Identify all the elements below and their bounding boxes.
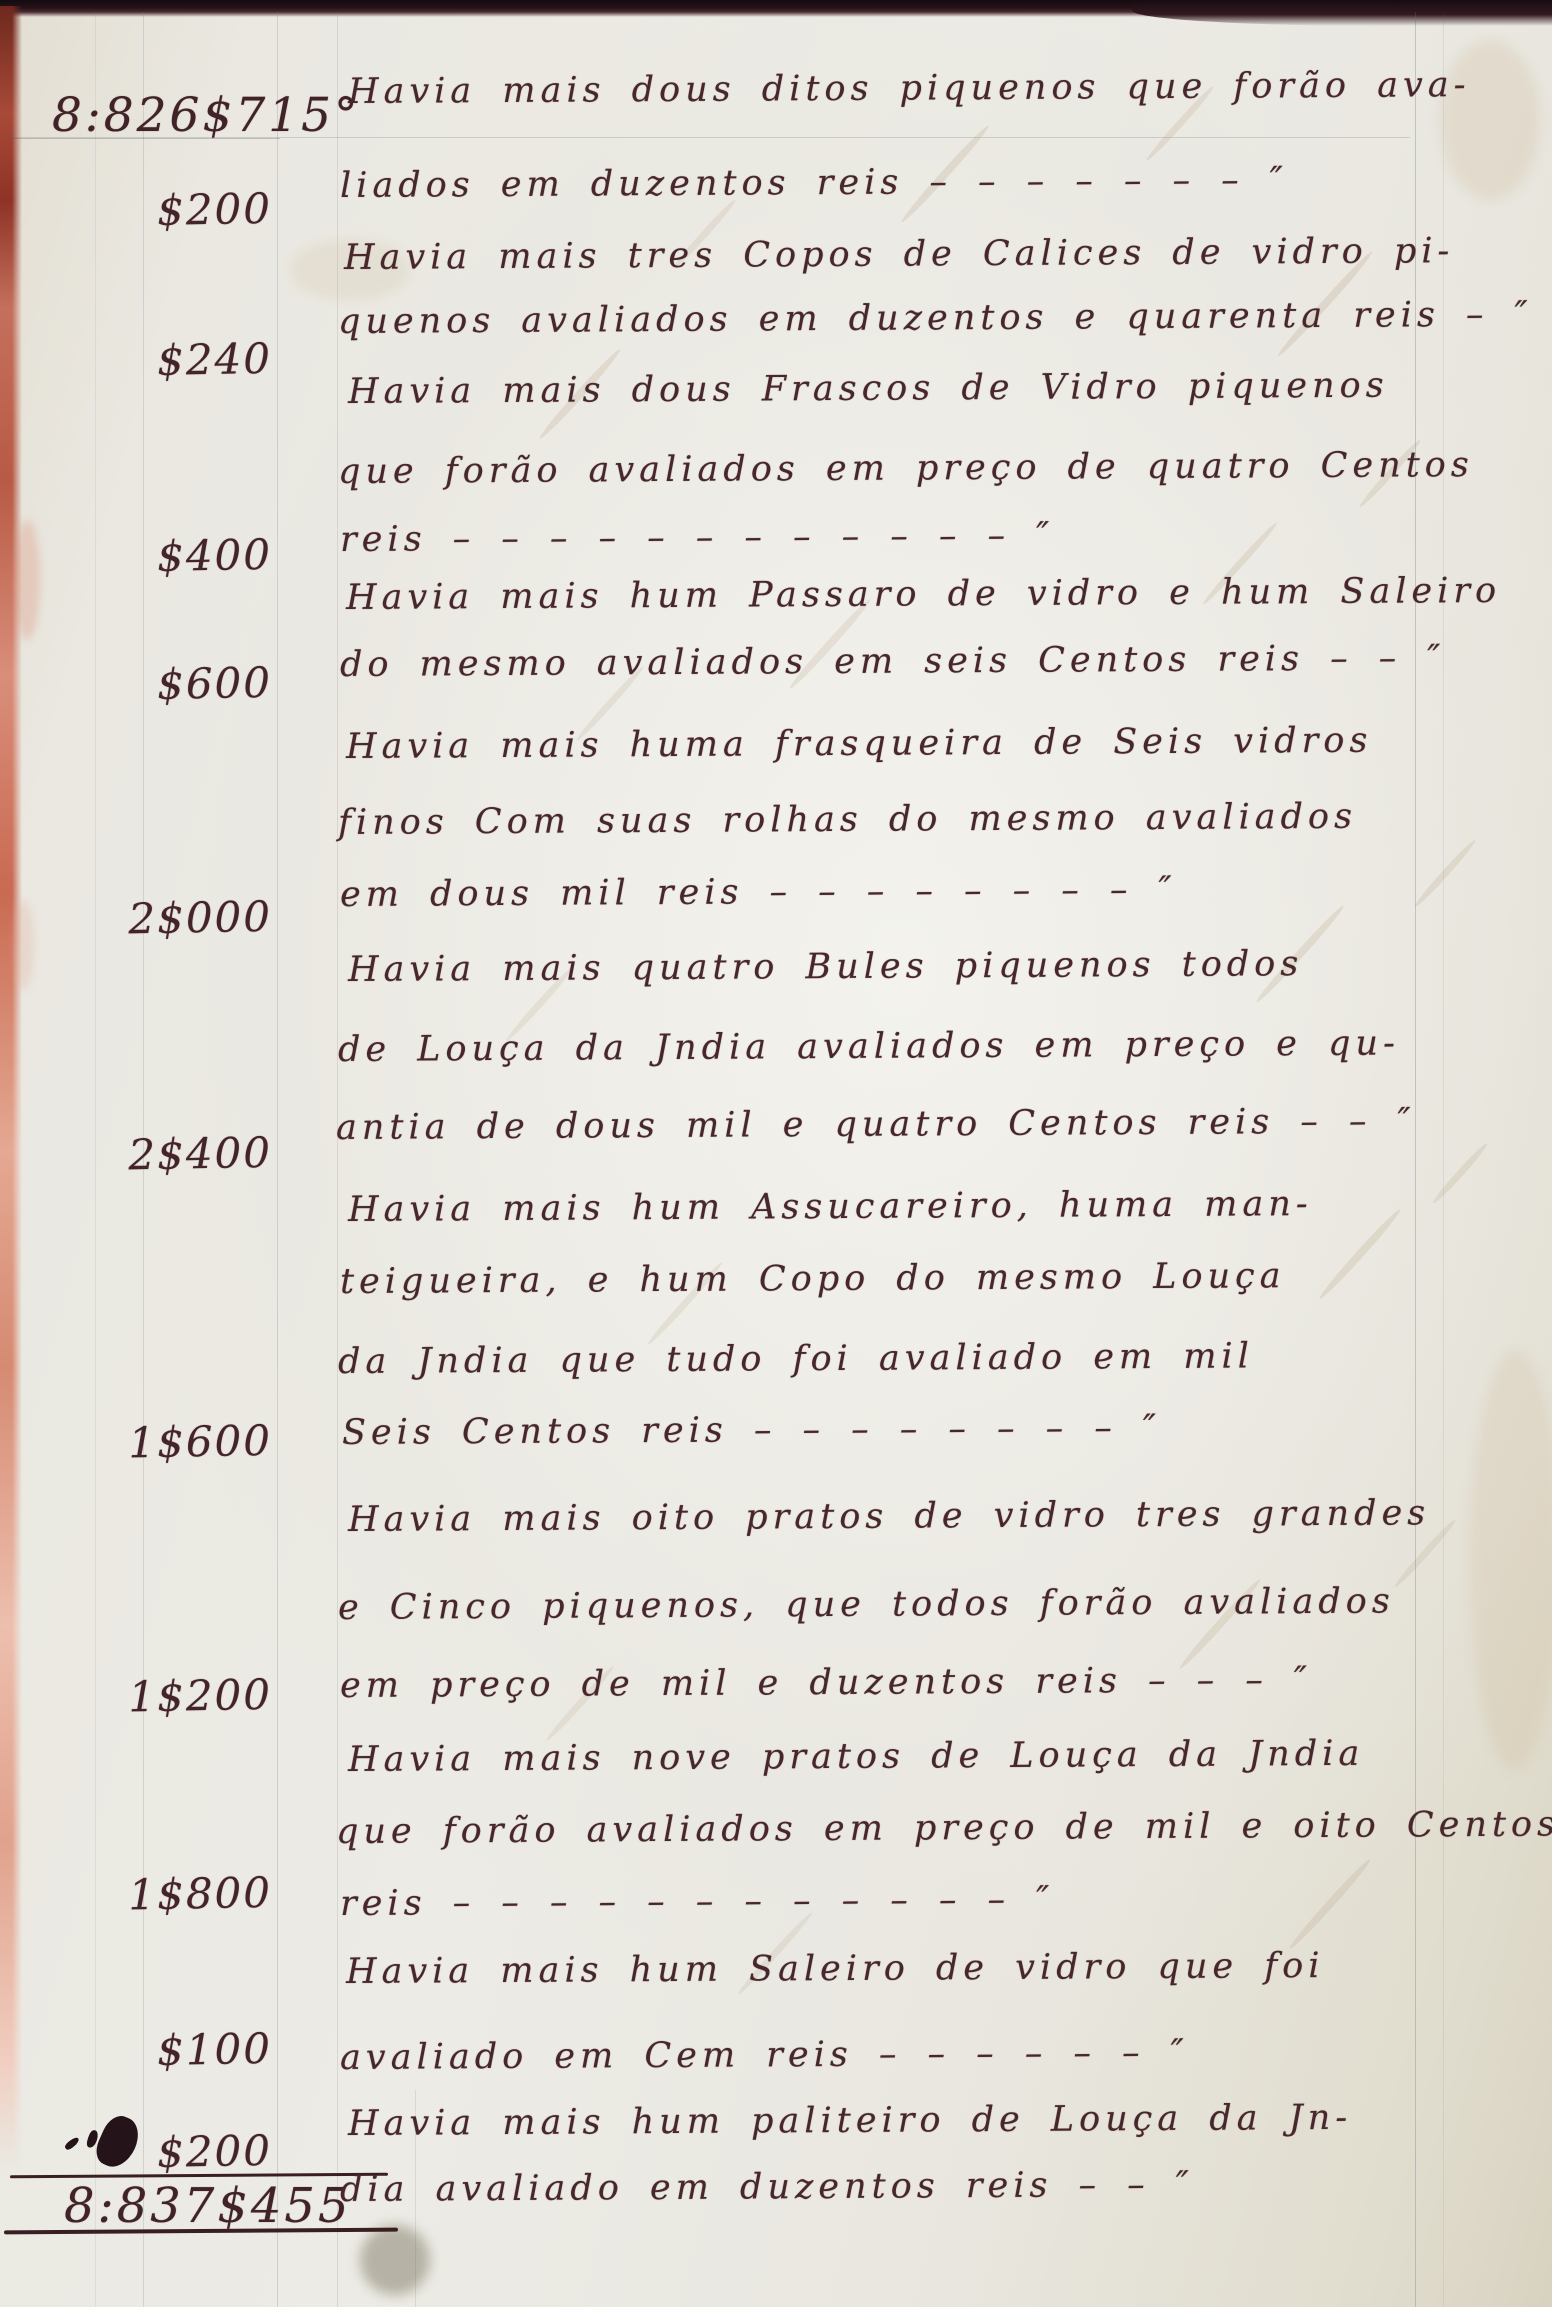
ledger-line: Havia mais quatro Bules piquenos todos [348, 944, 1304, 990]
ledger-line: Seis Centos reis – – – – – – – – ″ [342, 1408, 1161, 1453]
margin-amount: 1$800 [32, 1868, 273, 1921]
ledger-line: quenos avaliados em duzentos e quarenta … [338, 295, 1533, 342]
ruled-line-vertical [277, 12, 278, 2307]
paper-stain [1440, 40, 1540, 200]
margin-amount: $200 [32, 184, 273, 237]
ledger-line: avaliado em Cem reis – – – – – – ″ [340, 2033, 1189, 2078]
ledger-line: Havia mais tres Copos de Calices de vidr… [344, 231, 1455, 278]
ledger-line: Havia mais dous ditos piquenos que forão… [348, 65, 1471, 112]
margin-amount: 1$600 [32, 1416, 273, 1469]
ledger-line: do mesmo avaliados em seis Centos reis –… [340, 638, 1446, 685]
ledger-line: Havia mais huma frasqueira de Seis vidro… [346, 721, 1373, 767]
ledger-line: de Louça da Jndia avaliados em preço e q… [338, 1024, 1400, 1070]
ledger-line: liados em duzentos reis – – – – – – – ″ [340, 160, 1288, 206]
ledger-line: Havia mais hum paliteiro de Louça da Jn- [348, 2098, 1352, 2144]
carried-forward-sum: 8:826$715° [52, 88, 361, 143]
ruled-line-vertical [1443, 12, 1444, 2307]
ledger-line: em dous mil reis – – – – – – – – ″ [340, 870, 1177, 915]
paper-stain [1470, 1350, 1552, 1770]
margin-amount: $100 [32, 2024, 273, 2077]
ink-bleedthrough [1412, 838, 1477, 910]
margin-amount: $200 [32, 2126, 273, 2179]
book-top-edge-shadow-right [1132, 0, 1552, 26]
manuscript-page-photo: 8:826$715° $200 $240 $400 $600 2$000 2$4… [0, 0, 1552, 2307]
ledger-line: em preço de mil e duzentos reis – – – ″ [340, 1660, 1312, 1706]
marbled-binding-edge [0, 6, 22, 2166]
ink-bleedthrough [1317, 1207, 1403, 1302]
ledger-line: Havia mais hum Assucareiro, huma man- [348, 1184, 1313, 1230]
margin-amount: 2$400 [32, 1128, 273, 1181]
ledger-line: teigueira, e hum Copo do mesmo Louça [340, 1256, 1286, 1302]
ledger-line: Havia mais oito pratos de vidro tres gra… [348, 1493, 1430, 1540]
ledger-line: Havia mais hum Saleiro de vidro que foi [346, 1946, 1325, 1992]
ruled-line-vertical [337, 12, 338, 2307]
margin-amount: $600 [32, 658, 273, 711]
ledger-line: da Jndia que tudo foi avaliado em mil [338, 1336, 1254, 1382]
ledger-line: reis – – – – – – – – – – – – ″ [340, 1880, 1055, 1924]
ledger-line: finos Com suas rolhas do mesmo avaliados [338, 797, 1357, 843]
binding-color-smudge [12, 900, 34, 990]
ledger-line: que forão avaliados em preço de quatro C… [338, 445, 1474, 492]
ink-bleedthrough [1431, 1141, 1490, 1205]
ledger-line: dia avaliado em duzentos reis – – ″ [340, 2165, 1194, 2210]
ink-smudge [360, 2225, 430, 2295]
margin-amount: $240 [32, 334, 273, 387]
ruled-line-vertical [1415, 12, 1416, 2307]
ink-bleedthrough [1287, 1857, 1373, 1952]
ledger-line: antia de dous mil e quatro Centos reis –… [336, 1101, 1416, 1148]
ledger-line: Havia mais nove pratos de Louça da Jndia [348, 1734, 1364, 1780]
page-total-sum: 8:837$455 [64, 2178, 351, 2234]
ledger-line: que forão avaliados em preço de mil e oi… [336, 1805, 1552, 1852]
ledger-line: Havia mais dous Frascos de Vidro piqueno… [348, 366, 1389, 412]
ledger-line: reis – – – – – – – – – – – – ″ [340, 516, 1055, 560]
ledger-line: Havia mais hum Passaro de vidro e hum Sa… [346, 571, 1501, 618]
margin-amount: $400 [32, 530, 273, 583]
margin-amount: 1$200 [32, 1670, 273, 1723]
margin-amount: 2$000 [32, 892, 273, 945]
ledger-line: e Cinco piquenos, que todos forão avalia… [338, 1582, 1395, 1628]
